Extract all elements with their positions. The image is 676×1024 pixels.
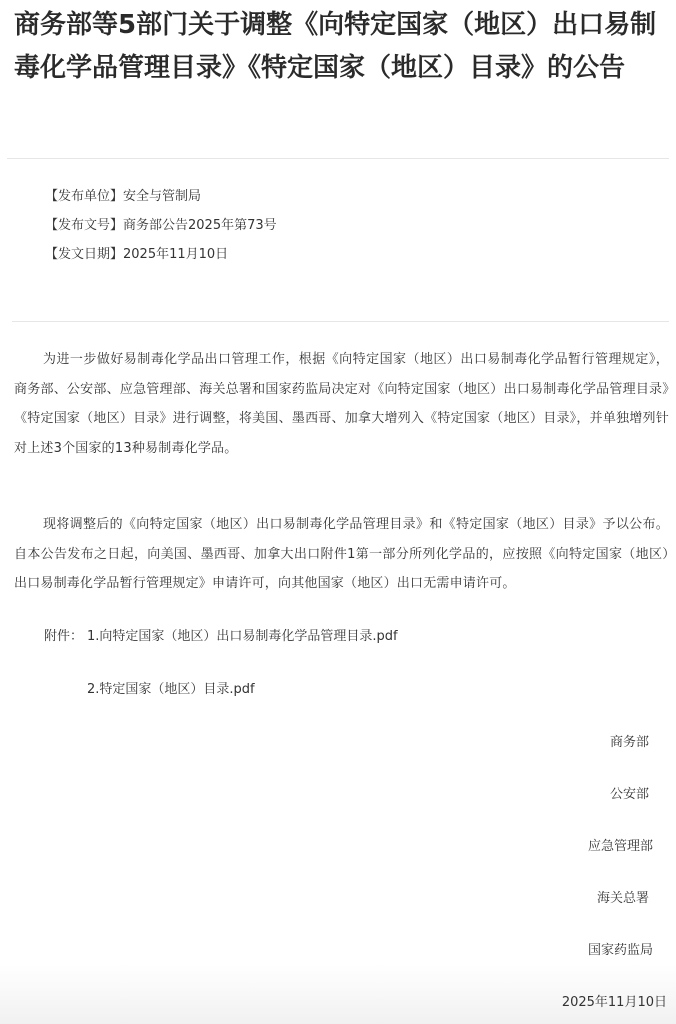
signatory-3: 应急管理部	[588, 835, 653, 854]
meta-date-value: 2025年11月10日	[123, 247, 228, 262]
sign-date: 2025年11月10日	[562, 991, 667, 1010]
meta-date: 【发文日期】2025年11月10日	[45, 244, 277, 273]
meta-doc-number-label: 【发布文号】	[45, 218, 123, 233]
document-metadata: 【发布单位】安全与管制局 【发布文号】商务部公告2025年第73号 【发文日期】…	[45, 186, 277, 273]
signatory-4: 海关总署	[597, 887, 649, 906]
attachments-label: 附件：	[44, 625, 83, 644]
meta-doc-number: 【发布文号】商务部公告2025年第73号	[45, 215, 277, 244]
signatory-2: 公安部	[610, 783, 649, 802]
attachment-link-2[interactable]: 2.特定国家（地区）目录.pdf	[87, 678, 255, 697]
attachment-link-1[interactable]: 1.向特定国家（地区）出口易制毒化学品管理目录.pdf	[87, 625, 398, 644]
meta-divider	[12, 321, 669, 322]
meta-issuer: 【发布单位】安全与管制局	[45, 186, 277, 215]
body-paragraph-2: 现将调整后的《向特定国家（地区）出口易制毒化学品管理目录》和《特定国家（地区）目…	[14, 510, 669, 599]
attachment-link-2-text[interactable]: 2.特定国家（地区）目录.pdf	[87, 682, 255, 697]
body-paragraph-1: 为进一步做好易制毒化学品出口管理工作，根据《向特定国家（地区）出口易制毒化学品暂…	[14, 345, 669, 463]
title-divider	[7, 158, 669, 159]
meta-date-label: 【发文日期】	[45, 247, 123, 262]
meta-issuer-label: 【发布单位】	[45, 189, 123, 204]
signatory-1: 商务部	[610, 731, 649, 750]
attachment-link-1-text[interactable]: 1.向特定国家（地区）出口易制毒化学品管理目录.pdf	[87, 629, 398, 644]
page-title: 商务部等5部门关于调整《向特定国家（地区）出口易制毒化学品管理目录》《特定国家（…	[14, 4, 674, 90]
meta-doc-number-value: 商务部公告2025年第73号	[123, 218, 277, 233]
meta-issuer-value: 安全与管制局	[123, 189, 201, 204]
signatory-5: 国家药监局	[588, 939, 653, 958]
